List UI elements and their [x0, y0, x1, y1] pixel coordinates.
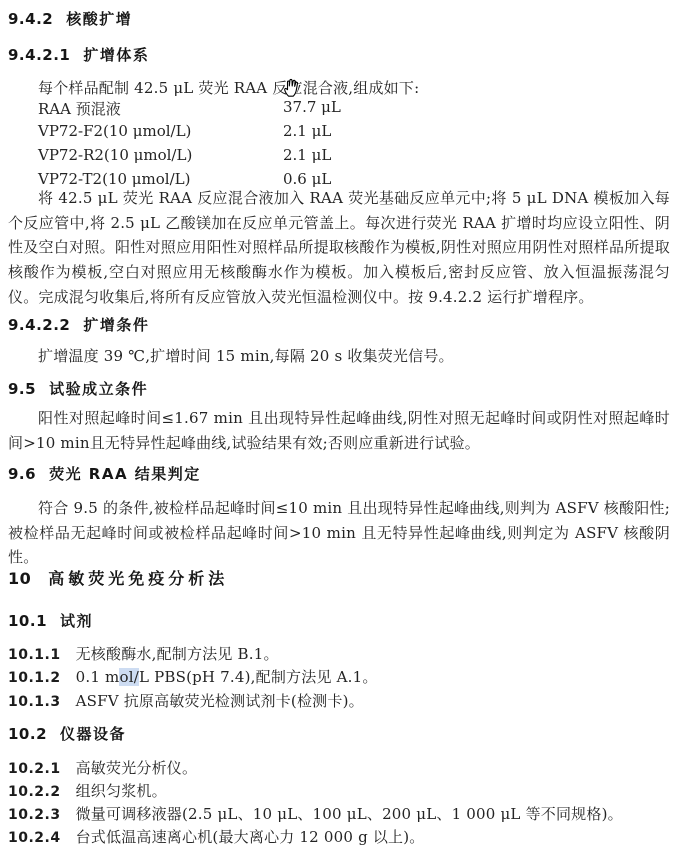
- heading-9-4-2-2: 9.4.2.2扩增条件: [8, 314, 670, 335]
- clause-text: 微量可调移液器(2.5 μL、10 μL、100 μL、200 μL、1 000…: [76, 803, 623, 824]
- paragraph-amplification-procedure: 将 42.5 μL 荧光 RAA 反应混合液加入 RAA 荧光基础反应单元中;将…: [8, 186, 670, 310]
- clause-10-2-1: 10.2.1 高敏荧光分析仪。: [8, 757, 670, 778]
- clause-10-2-2: 10.2.2 组织匀浆机。: [8, 780, 670, 801]
- clause-number: 10.2.4: [8, 830, 61, 846]
- heading-9-5: 9.5试验成立条件: [8, 378, 670, 399]
- search-highlight: ol/: [119, 668, 138, 686]
- heading-title: 荧光 RAA 结果判定: [49, 465, 201, 483]
- clause-10-2-4: 10.2.4 台式低温高速离心机(最大离心力 12 000 g 以上)。: [8, 826, 670, 847]
- table-row: VP72-F2(10 μmol/L) 2.1 μL: [38, 122, 638, 146]
- clause-number: 10.2.2: [8, 784, 61, 800]
- reagent-recipe-table: RAA 预混液 37.7 μL VP72-F2(10 μmol/L) 2.1 μ…: [38, 98, 638, 194]
- heading-9-4-2: 9.4.2核酸扩增: [8, 8, 670, 29]
- heading-title: 高敏荧光免疫分析法: [48, 569, 228, 588]
- heading-10-2: 10.2仪器设备: [8, 723, 670, 744]
- heading-9-4-2-1: 9.4.2.1扩增体系: [8, 44, 670, 65]
- clause-text-post: L PBS(pH 7.4),配制方法见 A.1。: [139, 668, 378, 686]
- heading-title: 扩增条件: [83, 316, 149, 334]
- reagent-volume: 2.1 μL: [283, 146, 331, 170]
- document-page: 9.4.2核酸扩增 9.4.2.1扩增体系 每个样品配制 42.5 μL 荧光 …: [0, 0, 678, 852]
- clause-text: 高敏荧光分析仪。: [76, 757, 198, 778]
- clause-10-2-3: 10.2.3 微量可调移液器(2.5 μL、10 μL、100 μL、200 μ…: [8, 803, 670, 824]
- clause-text-pre: 0.1 m: [76, 668, 120, 686]
- paragraph-amplification-conditions: 扩增温度 39 ℃,扩增时间 15 min,每隔 20 s 收集荧光信号。: [8, 344, 670, 369]
- heading-title: 试剂: [60, 612, 93, 630]
- heading-number: 9.6: [8, 465, 36, 483]
- clause-10-1-1: 10.1.1 无核酸酶水,配制方法见 B.1。: [8, 643, 670, 664]
- clause-10-1-2: 10.1.2 0.1 mol/L PBS(pH 7.4),配制方法见 A.1。: [8, 666, 670, 687]
- clause-text: 0.1 mol/L PBS(pH 7.4),配制方法见 A.1。: [76, 666, 378, 687]
- paragraph-result-interpretation: 符合 9.5 的条件,被检样品起峰时间≤10 min 且出现特异性起峰曲线,则判…: [8, 496, 670, 570]
- heading-title: 扩增体系: [83, 46, 149, 64]
- heading-number: 9.4.2.1: [8, 46, 70, 64]
- paragraph-recipe-intro: 每个样品配制 42.5 μL 荧光 RAA 反应混合液,组成如下:: [8, 76, 670, 101]
- heading-number: 10: [8, 569, 31, 588]
- clause-text: 台式低温高速离心机(最大离心力 12 000 g 以上)。: [76, 826, 425, 847]
- heading-number: 9.5: [8, 380, 36, 398]
- heading-title: 试验成立条件: [49, 380, 148, 398]
- clause-number: 10.1.1: [8, 647, 61, 663]
- heading-title: 核酸扩增: [66, 10, 132, 28]
- reagent-name: VP72-R2(10 μmol/L): [38, 146, 283, 170]
- heading-number: 10.1: [8, 612, 47, 630]
- reagent-volume: 37.7 μL: [283, 98, 341, 122]
- reagent-name: VP72-F2(10 μmol/L): [38, 122, 283, 146]
- reagent-name: RAA 预混液: [38, 98, 283, 122]
- table-row: RAA 预混液 37.7 μL: [38, 98, 638, 122]
- heading-title: 仪器设备: [60, 725, 126, 743]
- clause-number: 10.1.2: [8, 670, 61, 686]
- clause-text: 无核酸酶水,配制方法见 B.1。: [76, 643, 279, 664]
- clause-number: 10.2.3: [8, 807, 61, 823]
- clause-text: 组织匀浆机。: [76, 780, 167, 801]
- paragraph-validity-criteria: 阳性对照起峰时间≤1.67 min 且出现特异性起峰曲线,阴性对照无起峰时间或阴…: [8, 406, 670, 455]
- clause-text: ASFV 抗原高敏荧光检测试剂卡(检测卡)。: [76, 690, 364, 711]
- heading-10: 10高敏荧光免疫分析法: [8, 566, 670, 589]
- clause-number: 10.1.3: [8, 694, 61, 710]
- clause-number: 10.2.1: [8, 761, 61, 777]
- heading-number: 9.4.2.2: [8, 316, 70, 334]
- heading-9-6: 9.6荧光 RAA 结果判定: [8, 463, 670, 484]
- table-row: VP72-R2(10 μmol/L) 2.1 μL: [38, 146, 638, 170]
- grab-hand-cursor-icon: [281, 76, 303, 98]
- reagent-volume: 2.1 μL: [283, 122, 331, 146]
- heading-number: 9.4.2: [8, 10, 53, 28]
- clause-10-1-3: 10.1.3 ASFV 抗原高敏荧光检测试剂卡(检测卡)。: [8, 690, 670, 711]
- heading-number: 10.2: [8, 725, 47, 743]
- heading-10-1: 10.1试剂: [8, 610, 670, 631]
